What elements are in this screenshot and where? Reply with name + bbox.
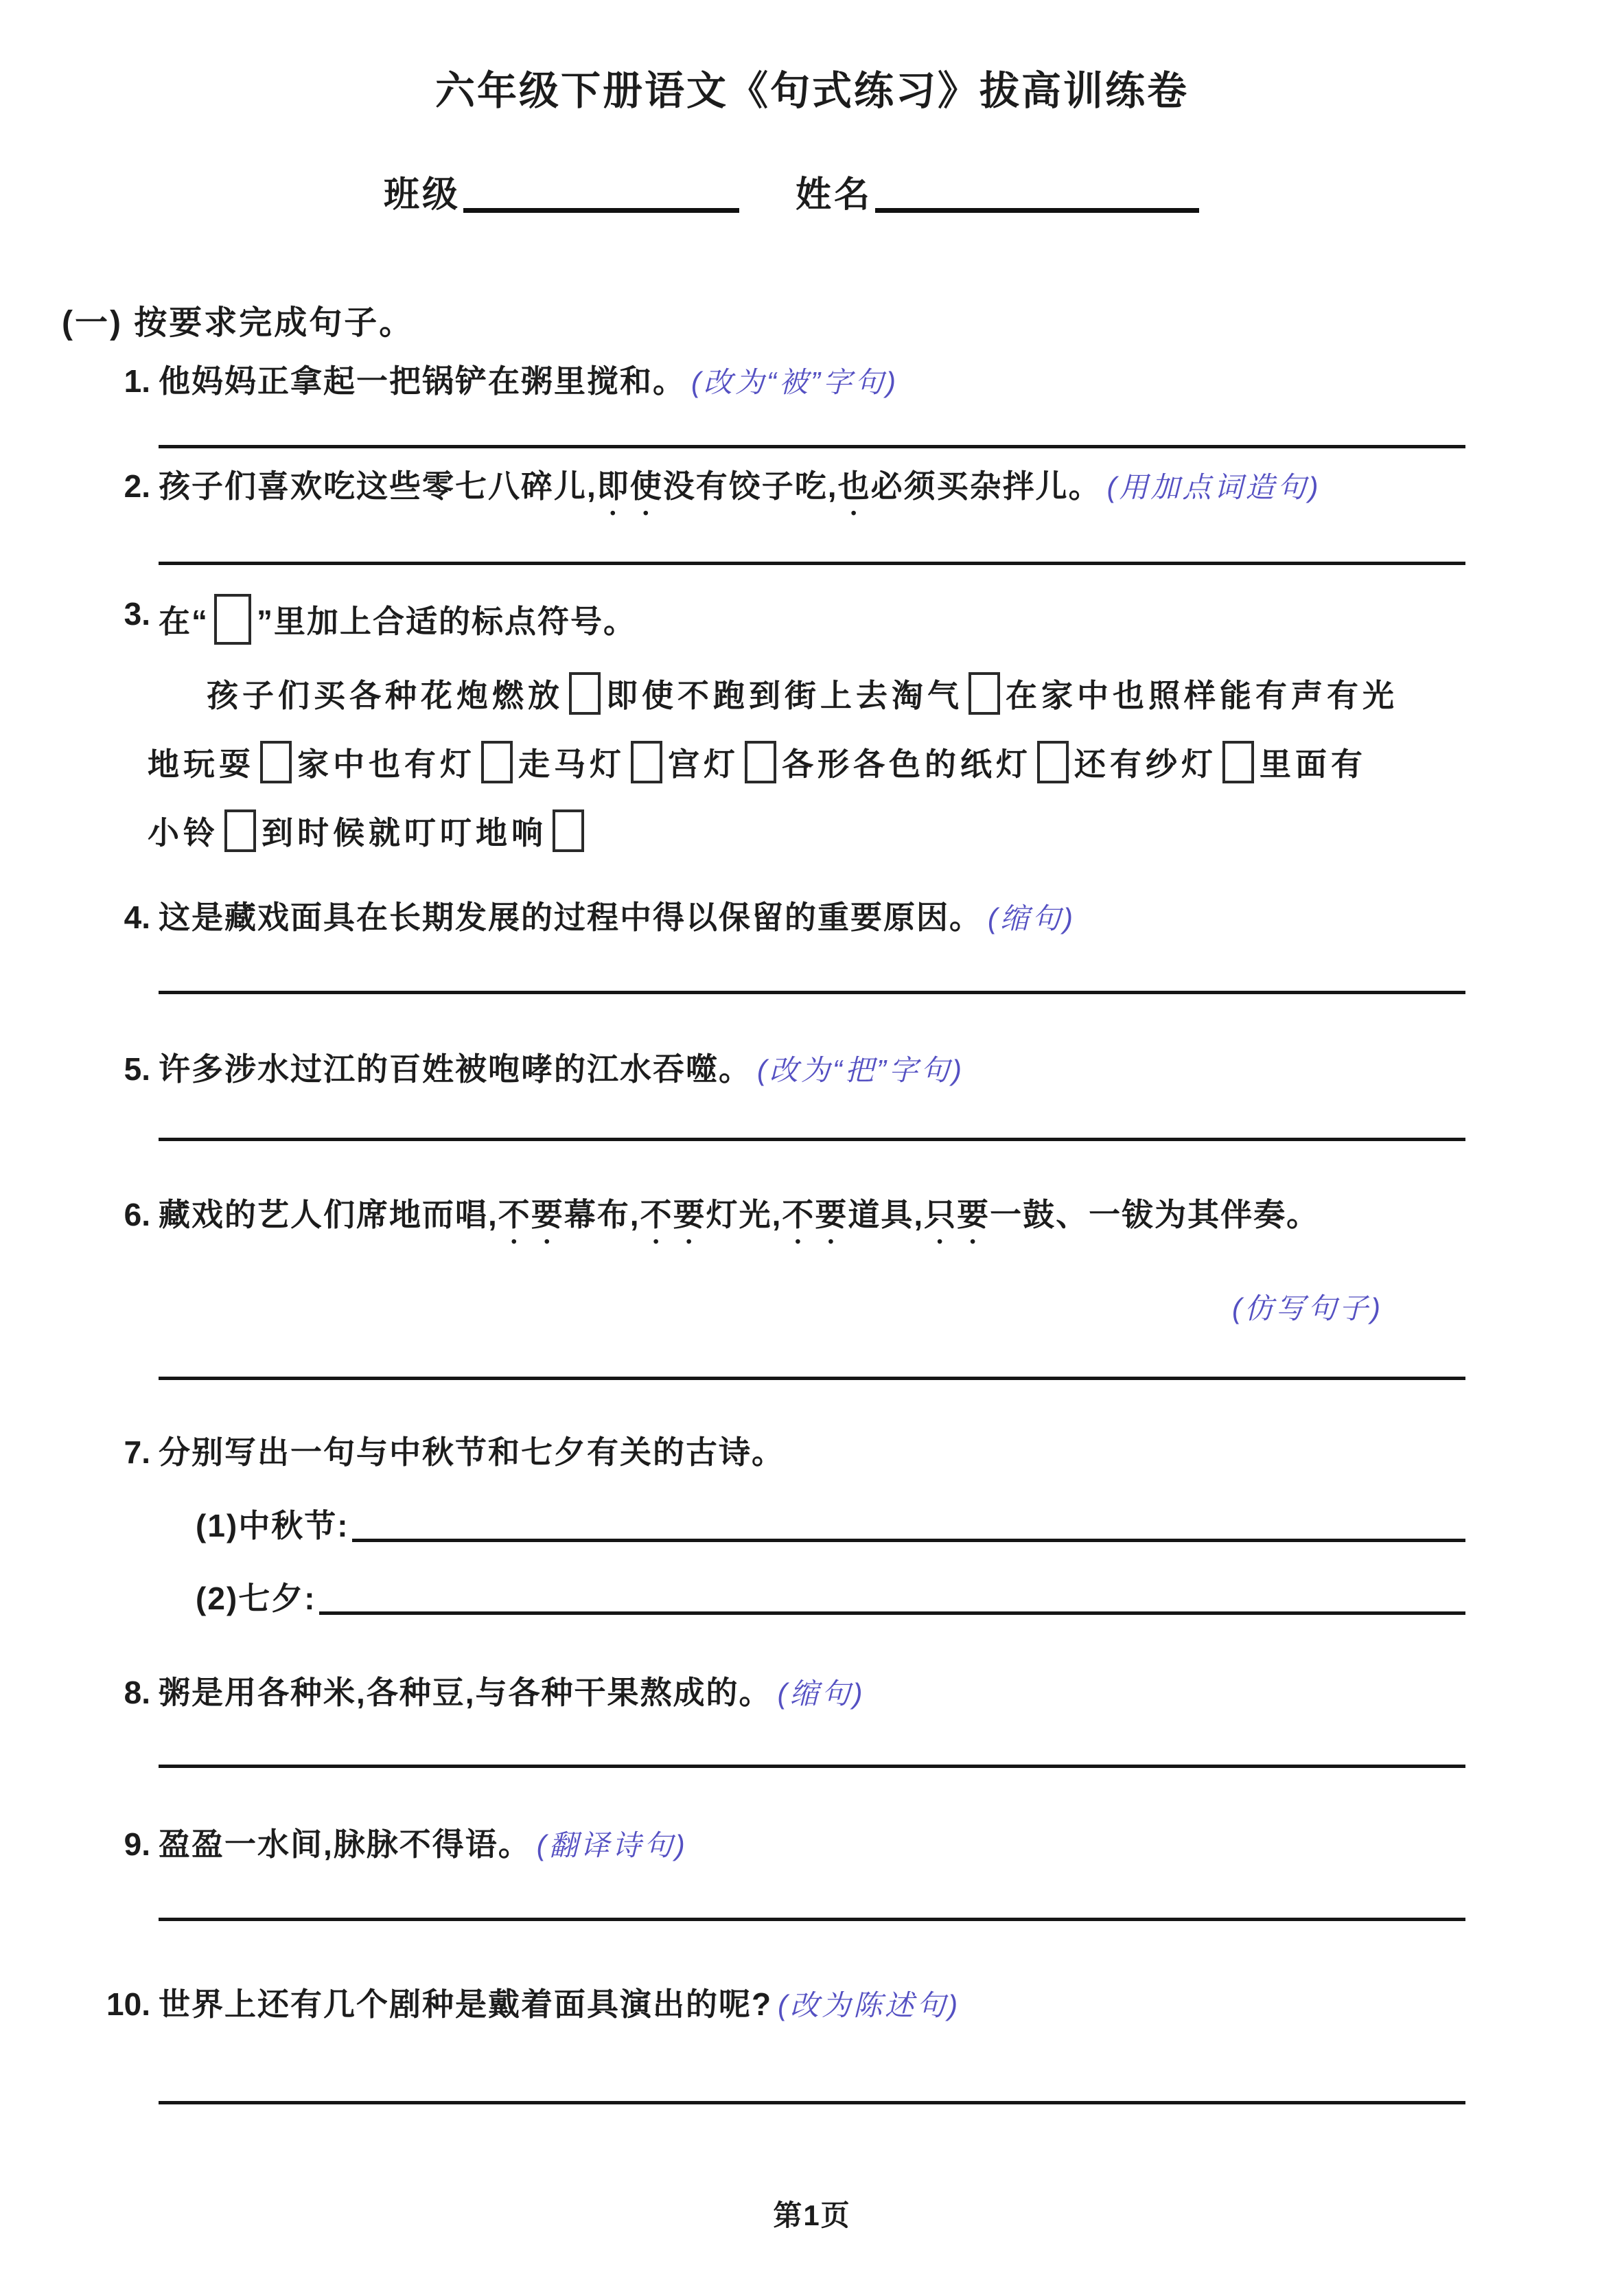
punctuation-box[interactable]	[481, 741, 513, 783]
question-2-emphasized-word: 也	[838, 468, 871, 504]
passage-text: 到时候就叮叮地响	[262, 815, 547, 851]
question-1: 1. 他妈妈正拿起一把锅铲在粥里搅和。(改为“被”字句)	[159, 361, 1465, 402]
question-10-number: 10.	[106, 1984, 150, 2025]
question-6: 6. 藏戏的艺人们席地而唱,不要幕布,不要灯光,不要道具,只要一鼓、一钹为其伴奏…	[159, 1195, 1465, 1250]
worksheet-page: 六年级下册语文《句式练习》拔高训练卷 班级 姓名 (一) 按要求完成句子。 1.…	[0, 0, 1624, 2274]
punctuation-box[interactable]	[224, 809, 256, 852]
passage-line: 地玩耍家中也有灯走马灯宫灯各形各色的纸灯还有纱灯里面有	[148, 739, 1465, 785]
question-4-number: 4.	[124, 897, 150, 939]
question-4: 4. 这是藏戏面具在长期发展的过程中得以保留的重要原因。(缩句)	[159, 897, 1465, 939]
question-6-text: 道具,	[848, 1197, 924, 1232]
question-8-text: 粥是用各种米,各种豆,与各种干果熬成的。	[159, 1675, 772, 1710]
question-2: 2. 孩子们喜欢吃这些零七八碎儿,即使没有饺子吃,也必须买杂拌儿。(用加点词造句…	[159, 466, 1465, 522]
question-1-number: 1.	[124, 361, 150, 402]
question-4-instruction: (缩句)	[988, 902, 1076, 934]
passage-text: 小铃	[148, 815, 219, 851]
question-5-instruction: (改为“把”字句)	[757, 1054, 964, 1086]
question-2-text: 孩子们喜欢吃这些零七八碎儿,	[159, 468, 597, 504]
question-10-instruction: (改为陈述句)	[778, 1989, 960, 2021]
question-6-emphasized-word: 不要	[498, 1197, 564, 1232]
question-8-number: 8.	[124, 1673, 150, 1714]
punctuation-box[interactable]	[260, 741, 292, 783]
question-2-text: 必须买杂拌儿。	[871, 468, 1102, 504]
punctuation-box[interactable]	[968, 672, 1000, 715]
question-6-text: 灯光,	[706, 1197, 782, 1232]
question-3-number: 3.	[124, 594, 150, 635]
question-10: 10. 世界上还有几个剧种是戴着面具演出的呢?(改为陈述句)	[159, 1984, 1465, 2025]
student-info-row: 班级 姓名	[384, 165, 1465, 217]
question-8: 8. 粥是用各种米,各种豆,与各种干果熬成的。(缩句)	[159, 1673, 1465, 1714]
section-heading: (一) 按要求完成句子。	[62, 296, 1465, 343]
passage-text: 即使不跑到街上去淘气	[606, 678, 963, 713]
question-6-emphasized-word: 不要	[640, 1197, 706, 1232]
answer-line-6[interactable]	[159, 1377, 1465, 1380]
answer-line-7-1[interactable]	[352, 1539, 1465, 1542]
passage-text: 各形各色的纸灯	[782, 746, 1032, 782]
answer-line-7-2[interactable]	[319, 1611, 1465, 1615]
question-7-number: 7.	[124, 1432, 150, 1473]
punctuation-box	[214, 594, 251, 645]
question-6-text: 藏戏的艺人们席地而唱,	[159, 1197, 498, 1232]
class-blank[interactable]	[463, 208, 739, 213]
punctuation-box[interactable]	[745, 741, 776, 783]
page-title: 六年级下册语文《句式练习》拔高训练卷	[159, 58, 1465, 116]
question-2-number: 2.	[124, 466, 150, 507]
question-2-instruction: (用加点词造句)	[1107, 471, 1321, 503]
punctuation-box[interactable]	[569, 672, 601, 715]
answer-line-8[interactable]	[159, 1765, 1465, 1768]
question-6-number: 6.	[124, 1195, 150, 1236]
question-1-instruction: (改为“被”字句)	[691, 366, 898, 398]
question-7-text: 分别写出一句与中秋节和七夕有关的古诗。	[159, 1434, 785, 1470]
passage-text: 还有纱灯	[1074, 746, 1217, 782]
answer-line-1[interactable]	[159, 445, 1465, 448]
punctuation-box[interactable]	[631, 741, 662, 783]
question-2-emphasized-word: 即使	[597, 468, 663, 504]
question-3: 3. 在“”里加上合适的标点符号。	[159, 594, 1465, 645]
question-7: 7. 分别写出一句与中秋节和七夕有关的古诗。	[159, 1432, 1465, 1473]
answer-line-9[interactable]	[159, 1918, 1465, 1921]
question-7-sub-2: (2)七夕:	[196, 1574, 1465, 1619]
question-9-number: 9.	[124, 1824, 150, 1865]
name-blank[interactable]	[875, 208, 1199, 213]
question-1-text: 他妈妈正拿起一把锅铲在粥里搅和。	[159, 363, 686, 399]
punctuation-box[interactable]	[553, 809, 584, 852]
question-7-sub-2-label: (2)七夕:	[196, 1574, 316, 1619]
answer-line-5[interactable]	[159, 1138, 1465, 1141]
passage-line: 小铃到时候就叮叮地响	[148, 808, 1465, 853]
question-8-instruction: (缩句)	[778, 1677, 866, 1710]
page-number: 第1页	[0, 2193, 1624, 2234]
question-3-text: 在“	[159, 604, 209, 639]
answer-line-2[interactable]	[159, 562, 1465, 565]
class-label: 班级	[384, 165, 461, 217]
passage-text: 走马灯	[518, 746, 625, 782]
question-7-sub-1: (1)中秋节:	[196, 1501, 1465, 1546]
question-3-passage: 孩子们买各种花炮燃放即使不跑到街上去淘气在家中也照样能有声有光 地玩耍家中也有灯…	[148, 671, 1465, 853]
passage-text: 宫灯	[668, 746, 739, 782]
answer-line-10[interactable]	[159, 2101, 1465, 2104]
name-label: 姓名	[796, 165, 872, 217]
passage-line: 孩子们买各种花炮燃放即使不跑到街上去淘气在家中也照样能有声有光	[148, 671, 1465, 716]
question-5-text: 许多涉水过江的百姓被咆哮的江水吞噬。	[159, 1051, 752, 1087]
question-10-text: 世界上还有几个剧种是戴着面具演出的呢?	[159, 1986, 772, 2022]
question-7-sub-1-label: (1)中秋节:	[196, 1501, 349, 1546]
punctuation-box[interactable]	[1037, 741, 1069, 783]
punctuation-box[interactable]	[1222, 741, 1254, 783]
question-6-text: 一鼓、一钹为其伴奏。	[990, 1197, 1319, 1232]
passage-text: 里面有	[1260, 746, 1367, 782]
question-6-instruction: (仿写句子)	[1232, 1292, 1383, 1324]
question-6-instruction-row: (仿写句子)	[159, 1286, 1465, 1327]
question-6-text: 幕布,	[564, 1197, 640, 1232]
question-5-number: 5.	[124, 1049, 150, 1090]
question-4-text: 这是藏戏面具在长期发展的过程中得以保留的重要原因。	[159, 899, 982, 935]
question-9-text: 盈盈一水间,脉脉不得语。	[159, 1826, 531, 1862]
answer-line-4[interactable]	[159, 991, 1465, 994]
question-5: 5. 许多涉水过江的百姓被咆哮的江水吞噬。(改为“把”字句)	[159, 1049, 1465, 1090]
question-3-text: ”里加上合适的标点符号。	[257, 604, 636, 639]
passage-text: 家中也有灯	[297, 746, 476, 782]
question-6-emphasized-word: 不要	[782, 1197, 848, 1232]
question-9: 9. 盈盈一水间,脉脉不得语。(翻译诗句)	[159, 1824, 1465, 1865]
question-9-instruction: (翻译诗句)	[537, 1829, 688, 1861]
passage-text: 地玩耍	[148, 746, 255, 782]
passage-text: 孩子们买各种花炮燃放	[207, 678, 564, 713]
passage-text: 在家中也照样能有声有光	[1006, 678, 1398, 713]
question-6-emphasized-word: 只要	[924, 1197, 990, 1232]
question-2-text: 没有饺子吃,	[663, 468, 838, 504]
